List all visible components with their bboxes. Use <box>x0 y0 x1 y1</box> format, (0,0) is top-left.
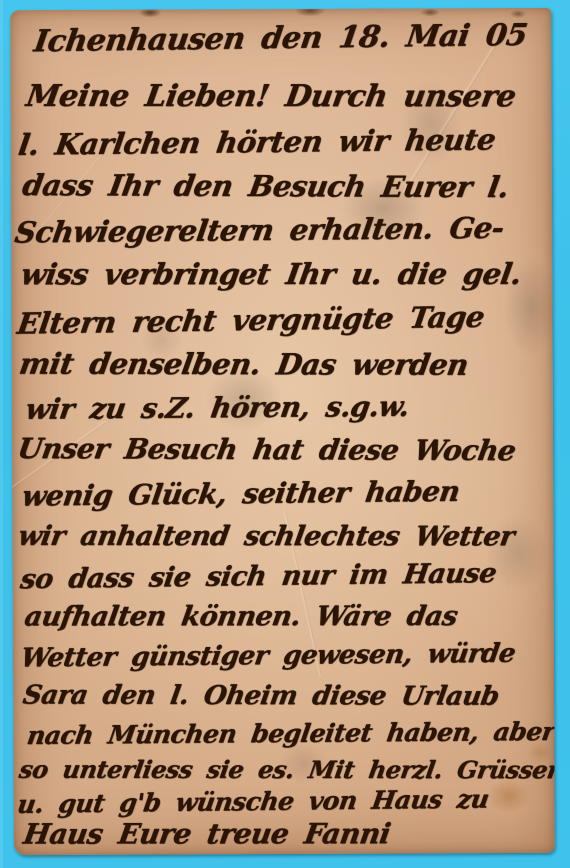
handwritten-line: so unterliess sie es. Mit herzl. Grüssen <box>19 755 554 784</box>
handwritten-line: u. gut g'b wünsche von Haus zu <box>17 784 488 818</box>
scan-background: Ichenhausen den 18. Mai 05 Meine Lieben!… <box>0 0 570 868</box>
handwritten-line: wir anhaltend schlechtes Wetter <box>18 521 513 552</box>
handwritten-line: Schwiegereltern erhalten. Ge- <box>15 211 504 250</box>
handwritten-line: wir zu s.Z. hören, s.g.w. <box>26 390 409 426</box>
handwritten-line: Wetter günstiger gewesen, würde <box>21 639 515 674</box>
handwritten-line: wiss verbringet Ihr u. die gel. <box>21 257 521 291</box>
dateline: Ichenhausen den 18. Mai 05 <box>34 18 527 59</box>
handwritten-line: wenig Glück, seither haben <box>22 475 460 513</box>
salutation-line: Meine Lieben! Durch unsere <box>27 79 516 114</box>
handwritten-line: l. Karlchen hörten wir heute <box>19 122 496 161</box>
handwritten-line: Eltern recht vergnügte Tage <box>17 300 484 341</box>
handwritten-line: nach München begleitet haben, aber <box>27 717 554 750</box>
handwritten-line: Sara den l. Oheim diese Urlaub <box>23 680 498 711</box>
handwritten-line: mit denselben. Das werden <box>20 347 468 382</box>
handwritten-line: dass Ihr den Besuch Eurer l. <box>23 168 509 204</box>
signature-line: Haus Eure treue Fanni <box>24 817 390 850</box>
handwritten-line: aufhalten können. Wäre das <box>25 601 457 632</box>
handwritten-line: Unser Besuch hat diese Woche <box>18 432 515 467</box>
handwritten-line: so dass sie sich nur im Hause <box>20 558 496 595</box>
handwriting-lines: Ichenhausen den 18. Mai 05 Meine Lieben!… <box>10 8 555 855</box>
postcard: Ichenhausen den 18. Mai 05 Meine Lieben!… <box>10 8 555 855</box>
